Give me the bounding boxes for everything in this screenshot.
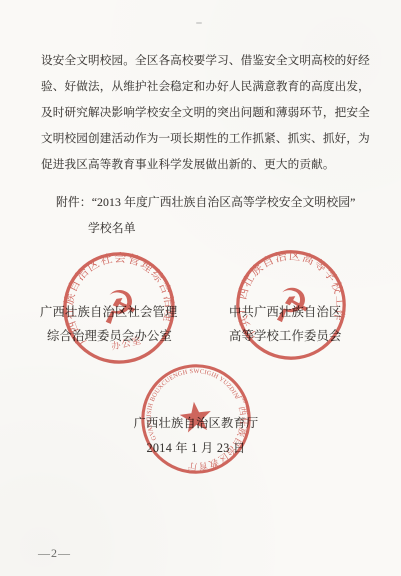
body-line: 文明校园创建活动作为一项长期性的工作抓紧、抓实、抓好，为 xyxy=(41,126,375,152)
attachment-title: 附件：“2013 年度广西壮族自治区高等学校安全文明校园” xyxy=(56,189,355,215)
attachment-title-wrap: 学校名单 xyxy=(88,215,355,241)
seal-education-department: GVANGJSIH BOUXCUENGH SWCIGIH YUZDINGH 广西… xyxy=(131,354,260,483)
attachment-note: 附件：“2013 年度广西壮族自治区高等学校安全文明校园” 学校名单 xyxy=(56,189,355,241)
scan-artifact xyxy=(196,22,202,24)
body-line: 促进我区高等教育事业科学发展做出新的、更大的贡献。 xyxy=(41,152,375,178)
seal-ring-text-chinese: 广西壮族自治区教育厅 xyxy=(178,393,255,474)
page-number: —2— xyxy=(38,546,71,561)
hammer-sickle-icon: ☭ xyxy=(95,279,143,336)
document-page: 设安全文明校园。全区各高校要学习、借鉴安全文明高校的好经 验、好做法，从维护社会… xyxy=(0,0,401,576)
svg-text:广西壮族自治区教育厅: 广西壮族自治区教育厅 xyxy=(178,393,255,474)
seal-left-committee-office: 广西壮族自治区社会管理综合治理委员会 ☭ 办公室 xyxy=(49,238,189,378)
body-line: 验、好做法，从维护社会稳定和办好人民满意教育的高度出发， xyxy=(41,74,375,100)
body-line: 及时研究解决影响学校安全文明的突出问题和薄弱环节，把安全 xyxy=(41,100,375,126)
star-icon xyxy=(178,400,213,433)
seal-bottom-text: 办公室 xyxy=(110,334,143,352)
hammer-sickle-icon: ☭ xyxy=(267,278,314,335)
seal-right-party-committee: 中共广西壮族自治区高等学校工作委员会 ☭ xyxy=(225,239,358,372)
body-line: 设安全文明校园。全区各高校要学习、借鉴安全文明高校的好经 xyxy=(41,48,375,74)
body-paragraph: 设安全文明校园。全区各高校要学习、借鉴安全文明高校的好经 验、好做法，从维护社会… xyxy=(41,48,375,178)
